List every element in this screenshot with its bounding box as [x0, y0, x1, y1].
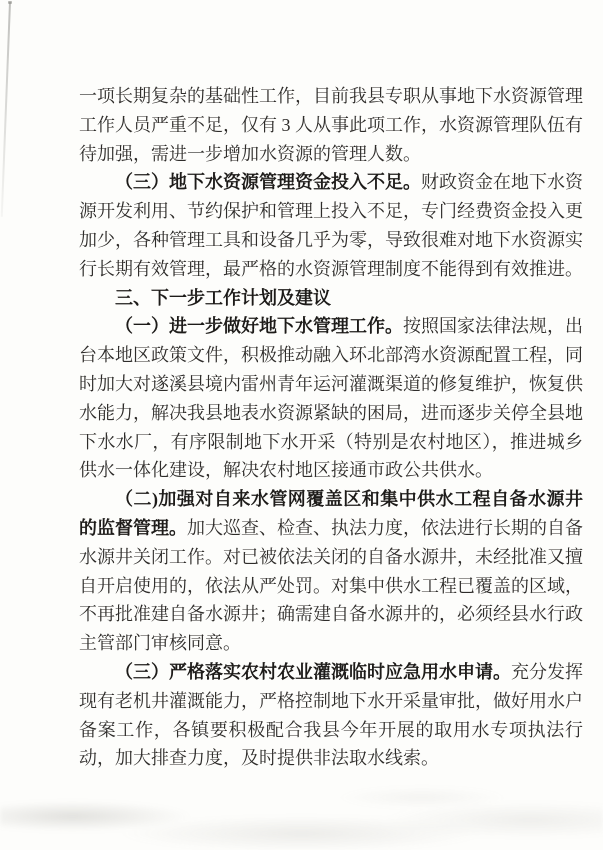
scanned-document-page: 一项长期复杂的基础性工作，目前我县专职从事地下水资源管理工作人员严重不足，仅有 …	[0, 0, 603, 850]
section-lead-bold: （一）进一步做好地下水管理工作。	[115, 316, 403, 336]
section-lead-bold: （三）地下水资源管理资金投入不足。	[115, 172, 421, 192]
chapter-heading: 三、下一步工作计划及建议	[79, 284, 583, 313]
paragraph-section-3-3: （三）严格落实农村农业灌溉临时应急用水申请。充分发挥现有老机井灌溉能力，严格控制…	[79, 658, 583, 773]
paragraph-section-3-2: （二)加强对自来水管网覆盖区和集中供水工程自备水源井的监督管理。加大巡查、检查、…	[79, 485, 583, 658]
paragraph-text: 加大巡查、检查、执法力度，依法进行长期的自备水源井关闭工作。对已被依法关闭的自备…	[79, 518, 583, 653]
scan-edge-line-artifact	[1, 2, 11, 217]
chapter-heading-text: 三、下一步工作计划及建议	[115, 288, 331, 308]
paragraph-continuation: 一项长期复杂的基础性工作，目前我县专职从事地下水资源管理工作人员严重不足，仅有 …	[79, 82, 583, 168]
paragraph-text: 一项长期复杂的基础性工作，目前我县专职从事地下水资源管理工作人员严重不足，仅有 …	[79, 86, 583, 164]
section-lead-bold: （三）严格落实农村农业灌溉临时应急用水申请。	[115, 662, 511, 682]
paragraph-section-3-1: （一）进一步做好地下水管理工作。按照国家法律法规，出台本地区政策文件，积极推动融…	[79, 312, 583, 485]
paragraph-section-2-3: （三）地下水资源管理资金投入不足。财政资金在地下水资源开发利用、节约保护和管理上…	[79, 168, 583, 283]
scan-bottom-shadow-artifact	[0, 775, 603, 850]
paragraph-text: 按照国家法律法规，出台本地区政策文件，积极推动融入环北部湾水资源配置工程，同时加…	[79, 316, 583, 480]
document-body: 一项长期复杂的基础性工作，目前我县专职从事地下水资源管理工作人员严重不足，仅有 …	[79, 82, 583, 773]
